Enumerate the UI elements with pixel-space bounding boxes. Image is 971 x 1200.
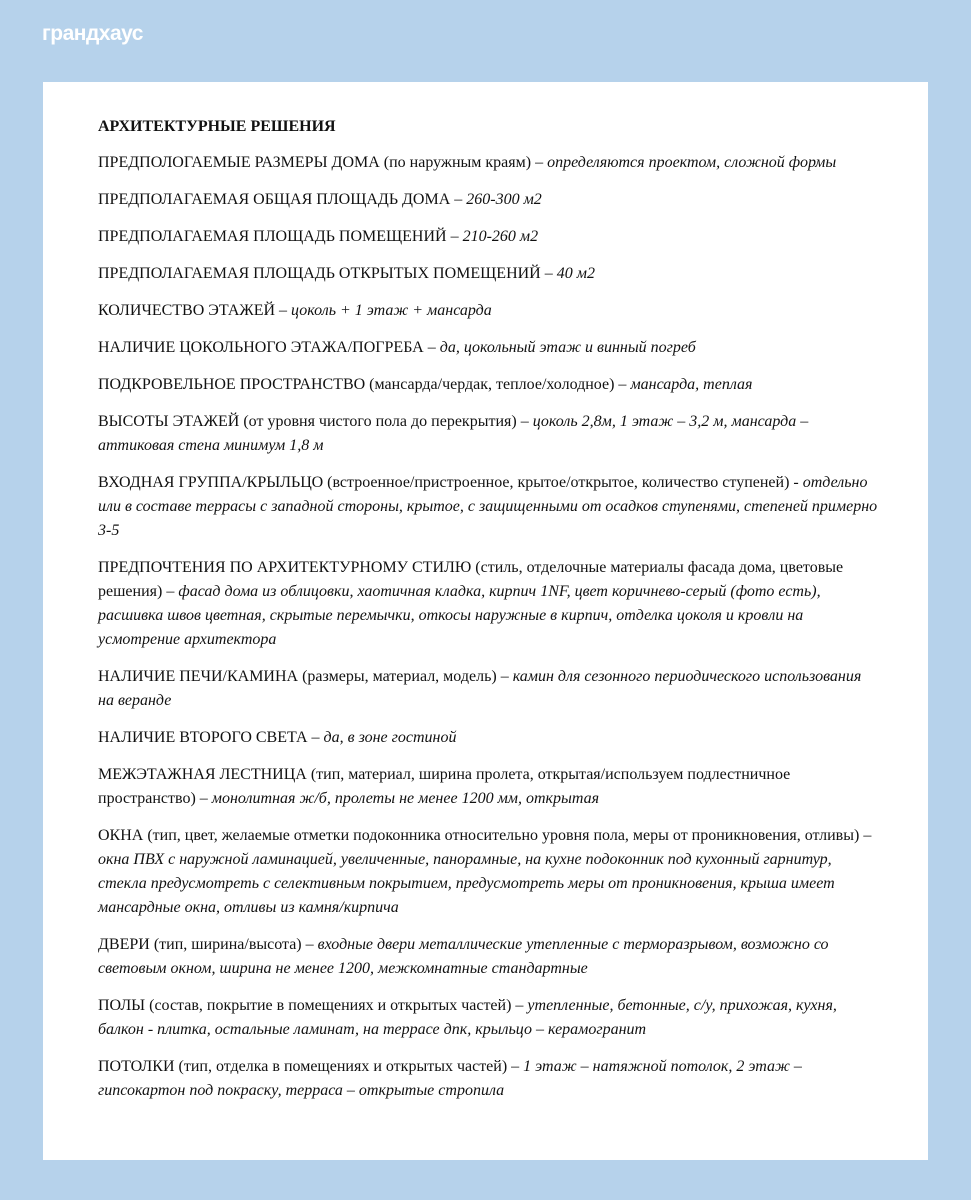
item-label: ВЫСОТЫ ЭТАЖЕЙ (от уровня чистого пола до… xyxy=(98,413,533,430)
item-doors: ДВЕРИ (тип, ширина/высота) – входные две… xyxy=(98,933,878,981)
item-label: НАЛИЧИЕ ВТОРОГО СВЕТА – xyxy=(98,729,324,746)
item-floors-count: КОЛИЧЕСТВО ЭТАЖЕЙ – цоколь + 1 этаж + ма… xyxy=(98,299,878,323)
item-basement: НАЛИЧИЕ ЦОКОЛЬНОГО ЭТАЖА/ПОГРЕБА – да, ц… xyxy=(98,336,878,360)
item-ceilings: ПОТОЛКИ (тип, отделка в помещениях и отк… xyxy=(98,1055,878,1103)
item-value: мансарда, теплая xyxy=(630,376,752,393)
item-fireplace: НАЛИЧИЕ ПЕЧИ/КАМИНА (размеры, материал, … xyxy=(98,665,878,713)
item-value: фасад дома из облицовки, хаотичная кладк… xyxy=(98,583,821,648)
item-open-area: ПРЕДПОЛАГАЕМАЯ ПЛОЩАДЬ ОТКРЫТЫХ ПОМЕЩЕНИ… xyxy=(98,262,878,286)
item-value: 40 м2 xyxy=(557,265,595,282)
section-title: АРХИТЕКТУРНЫЕ РЕШЕНИЯ xyxy=(98,115,878,139)
item-value: да, цокольный этаж и винный погреб xyxy=(440,339,696,356)
item-attic: ПОДКРОВЕЛЬНОЕ ПРОСТРАНСТВО (мансарда/чер… xyxy=(98,373,878,397)
item-house-dimensions: ПРЕДПОЛОГАЕМЫЕ РАЗМЕРЫ ДОМА (по наружным… xyxy=(98,151,878,175)
item-value: определяются проектом, сложной формы xyxy=(547,154,836,171)
item-staircase: МЕЖЭТАЖНАЯ ЛЕСТНИЦА (тип, материал, шири… xyxy=(98,763,878,811)
item-label: ПОДКРОВЕЛЬНОЕ ПРОСТРАНСТВО (мансарда/чер… xyxy=(98,376,630,393)
item-label: ПРЕДПОЛАГАЕМАЯ ОБЩАЯ ПЛОЩАДЬ ДОМА – xyxy=(98,191,466,208)
item-label: ДВЕРИ (тип, ширина/высота) – xyxy=(98,936,318,953)
item-total-area: ПРЕДПОЛАГАЕМАЯ ОБЩАЯ ПЛОЩАДЬ ДОМА – 260-… xyxy=(98,188,878,212)
item-label: ПОТОЛКИ (тип, отделка в помещениях и отк… xyxy=(98,1058,523,1075)
item-floors: ПОЛЫ (состав, покрытие в помещениях и от… xyxy=(98,994,878,1042)
item-label: НАЛИЧИЕ ПЕЧИ/КАМИНА (размеры, материал, … xyxy=(98,668,513,685)
item-label: ПРЕДПОЛАГАЕМАЯ ПЛОЩАДЬ ПОМЕЩЕНИЙ – xyxy=(98,228,463,245)
item-value: цоколь + 1 этаж + мансарда xyxy=(291,302,492,319)
item-value: 210-260 м2 xyxy=(463,228,539,245)
item-value: окна ПВХ с наружной ламинацией, увеличен… xyxy=(98,851,835,916)
item-label: ПРЕДПОЛОГАЕМЫЕ РАЗМЕРЫ ДОМА (по наружным… xyxy=(98,154,547,171)
item-value: да, в зоне гостиной xyxy=(324,729,457,746)
item-floor-heights: ВЫСОТЫ ЭТАЖЕЙ (от уровня чистого пола до… xyxy=(98,410,878,458)
item-label: ОКНА (тип, цвет, желаемые отметки подоко… xyxy=(98,827,871,844)
item-label: КОЛИЧЕСТВО ЭТАЖЕЙ – xyxy=(98,302,291,319)
item-label: ВХОДНАЯ ГРУППА/КРЫЛЬЦО (встроенное/прист… xyxy=(98,474,803,491)
item-label: ПРЕДПОЛАГАЕМАЯ ПЛОЩАДЬ ОТКРЫТЫХ ПОМЕЩЕНИ… xyxy=(98,265,557,282)
item-value: 260-300 м2 xyxy=(466,191,542,208)
item-value: монолитная ж/б, пролеты не менее 1200 мм… xyxy=(212,790,599,807)
item-label: НАЛИЧИЕ ЦОКОЛЬНОГО ЭТАЖА/ПОГРЕБА – xyxy=(98,339,440,356)
item-label: ПОЛЫ (состав, покрытие в помещениях и от… xyxy=(98,997,527,1014)
item-second-light: НАЛИЧИЕ ВТОРОГО СВЕТА – да, в зоне гости… xyxy=(98,726,878,750)
item-windows: ОКНА (тип, цвет, желаемые отметки подоко… xyxy=(98,824,878,920)
item-style: ПРЕДПОЧТЕНИЯ ПО АРХИТЕКТУРНОМУ СТИЛЮ (ст… xyxy=(98,556,878,652)
document-card: АРХИТЕКТУРНЫЕ РЕШЕНИЯ ПРЕДПОЛОГАЕМЫЕ РАЗ… xyxy=(43,82,928,1160)
brand-logo: грандхаус xyxy=(42,22,143,46)
item-entrance: ВХОДНАЯ ГРУППА/КРЫЛЬЦО (встроенное/прист… xyxy=(98,471,878,543)
item-rooms-area: ПРЕДПОЛАГАЕМАЯ ПЛОЩАДЬ ПОМЕЩЕНИЙ – 210-2… xyxy=(98,225,878,249)
